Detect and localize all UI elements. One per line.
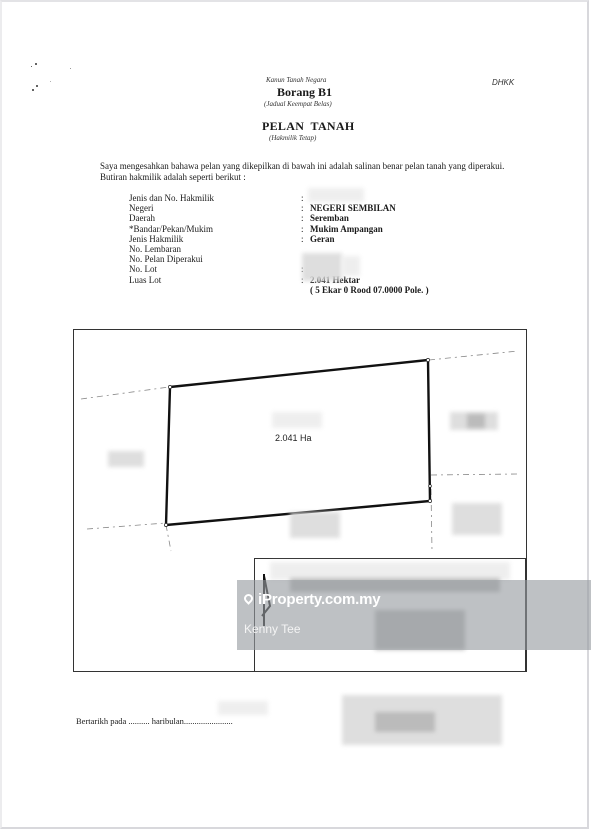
detail-row: Daerah:Seremban [129, 213, 429, 223]
detail-label: No. Lot [129, 264, 301, 274]
department-code: DHKK [492, 78, 514, 87]
redacted-lot-id [272, 412, 322, 428]
detail-label: No. Lembaran [129, 244, 301, 254]
redacted-signature-core [375, 712, 435, 732]
detail-value: Seremban [310, 213, 349, 223]
detail-row: No. Lembaran [129, 244, 429, 254]
detail-value: NEGERI SEMBILAN [310, 203, 396, 213]
detail-row: Jenis Hakmilik:Geran [129, 234, 429, 244]
detail-row: Luas Lot:2.041 Hektar [129, 275, 429, 285]
detail-colon: : [301, 224, 310, 234]
redacted-sheet-plan-numbers [302, 253, 342, 281]
watermark-brand: iProperty.com.my [244, 591, 380, 608]
detail-row: Negeri:NEGERI SEMBILAN [129, 203, 429, 213]
detail-value: Geran [310, 234, 335, 244]
detail-label: Luas Lot [129, 275, 301, 285]
redacted-date-stamp [218, 701, 268, 715]
area-imperial: ( 5 Ekar 0 Rood 07.0000 Pole. ) [129, 285, 429, 295]
detail-row: No. Lot: [129, 264, 429, 274]
dated-line: Bertarikh pada .......... haribulan.....… [76, 716, 233, 726]
intro-line-2: Butiran hakmilik adalah seperti berikut … [100, 172, 504, 183]
detail-label: Daerah [129, 213, 301, 223]
detail-value: Mukim Ampangan [310, 224, 383, 234]
plan-title: PELAN TANAH [262, 119, 355, 134]
detail-label: Jenis Hakmilik [129, 234, 301, 244]
detail-row: No. Pelan Diperakui [129, 254, 429, 264]
plan-subtitle: (Hakmilik Tetap) [269, 134, 316, 142]
intro-paragraph: Saya mengesahkan bahawa pelan yang dikep… [100, 161, 504, 183]
redacted-lot-number [342, 256, 360, 276]
redacted-neighbour-southeast [452, 503, 502, 535]
watermark-agent: Kenny Tee [244, 622, 301, 636]
detail-colon: : [301, 203, 310, 213]
detail-colon: : [301, 213, 310, 223]
intro-line-1: Saya mengesahkan bahawa pelan yang dikep… [100, 161, 504, 172]
lot-area-label: 2.041 Ha [275, 433, 312, 443]
detail-colon: : [301, 234, 310, 244]
redacted-title-number [308, 188, 364, 202]
watermark-brand-text: iProperty.com.my [258, 591, 380, 608]
detail-label: Negeri [129, 203, 301, 213]
redacted-neighbour-east-core [467, 414, 485, 428]
form-title: Borang B1 [277, 85, 332, 100]
detail-row: *Bandar/Pekan/Mukim:Mukim Ampangan [129, 224, 429, 234]
detail-label: *Bandar/Pekan/Mukim [129, 224, 301, 234]
detail-row: Jenis dan No. Hakmilik: [129, 193, 429, 203]
title-details: Jenis dan No. Hakmilik:Negeri:NEGERI SEM… [129, 193, 429, 295]
schedule-label: (Jadual Keempat Belas) [264, 100, 332, 108]
location-pin-icon [242, 592, 255, 605]
detail-label: No. Pelan Diperakui [129, 254, 301, 264]
redacted-neighbour-south [290, 512, 340, 538]
detail-label: Jenis dan No. Hakmilik [129, 193, 301, 203]
redacted-neighbour-west [108, 451, 144, 467]
act-name: Kanun Tanah Negara [266, 76, 326, 84]
